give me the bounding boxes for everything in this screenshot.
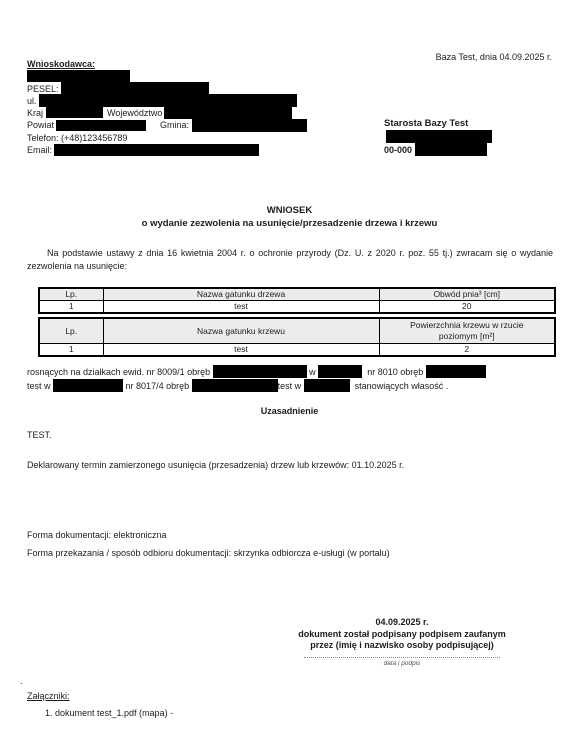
redaction-bar [192,379,278,392]
shrubs-header-area: Powierzchnia krzewu w rzucie poziomym [m… [379,318,555,344]
plots-text: w [309,367,316,377]
trees-table-header-row: Lp. Nazwa gatunku drzewa Obwód pnia³ [cm… [39,288,555,301]
trees-row-species: test [103,301,379,314]
plots-text: test w [27,381,51,391]
trees-row-girth: 20 [379,301,555,314]
shrubs-table-header-row: Lp. Nazwa gatunku krzewu Powierzchnia kr… [39,318,555,344]
documentation-delivery-line: Forma przekazania / sposób odbioru dokum… [27,548,552,558]
intro-paragraph: Na podstawie ustawy z dnia 16 kwietnia 2… [27,247,553,273]
plots-text: nr 8010 obręb [367,367,423,377]
shrubs-row-lp: 1 [39,344,103,357]
email-label: Email: [27,145,52,155]
plots-text: rosnących na działkach ewid. nr 8009/1 o… [27,367,210,377]
street-label: ul. [27,96,37,106]
redaction-bar [426,365,486,378]
attachment-item: 1. dokument test_1.pdf (mapa) - [45,708,173,718]
applicant-block: Wnioskodawca: PESEL: ul. KrajWojewództwo… [27,58,357,156]
trees-header-girth: Obwód pnia³ [cm] [379,288,555,301]
voivodeship-label: Województwo [107,108,162,118]
redaction-bar [304,379,350,392]
redaction-bar [415,143,487,156]
trees-row-lp: 1 [39,301,103,314]
shrubs-header-species: Nazwa gatunku krzewu [103,318,379,344]
pesel-label: PESEL: [27,84,59,94]
redaction-bar [56,120,146,131]
document-title: WNIOSEK o wydanie zezwolenia na usunięci… [27,204,552,230]
redaction-bar [54,144,259,156]
signature-block: 04.09.2025 r. dokument został podpisany … [243,617,561,668]
plots-paragraph: rosnących na działkach ewid. nr 8009/1 o… [27,366,555,393]
redaction-bar [39,94,297,107]
redaction-bar [53,379,123,392]
redaction-bar [46,107,103,118]
shrubs-row-area: 2 [379,344,555,357]
redaction-bar [27,70,130,82]
county-label: Powiat [27,120,54,130]
trees-table-row: 1 test 20 [39,301,555,314]
documentation-form-line: Forma dokumentacji: elektroniczna [27,530,552,540]
country-label: Kraj [27,108,43,118]
shrubs-table: Lp. Nazwa gatunku krzewu Powierzchnia kr… [38,317,556,357]
title-line-2: o wydanie zezwolenia na usunięcie/przesa… [27,217,552,230]
trees-header-species: Nazwa gatunku drzewa [103,288,379,301]
trees-table: Lp. Nazwa gatunku drzewa Obwód pnia³ [cm… [38,287,556,314]
phone-line: Telefon: (+48)123456789 [27,132,357,144]
signature-caption: data i podpis [243,660,561,668]
justification-heading: Uzasadnienie [27,406,552,416]
redaction-bar [213,365,307,378]
shrubs-table-row: 1 test 2 [39,344,555,357]
redaction-bar [61,82,209,94]
redaction-bar [318,365,362,378]
redaction-bar [164,106,292,119]
signature-line-3: przez (imię i nazwisko osoby podpisujące… [243,640,561,652]
addressee-block: Starosta Bazy Test 00-000 [384,117,554,157]
attachments-heading: Załączniki: [27,691,70,701]
plots-line-1: rosnących na działkach ewid. nr 8009/1 o… [27,366,555,380]
justification-body: TEST. [27,430,552,440]
redaction-bar [192,119,307,132]
signature-line-2: dokument został podpisany podpisem zaufa… [243,629,561,641]
plots-text: nr 8017/4 obręb [126,381,190,391]
signature-dotted-line [304,657,500,658]
plots-line-2: test w nr 8017/4 obręb test w stanowiący… [27,380,555,394]
trees-header-lp: Lp. [39,288,103,301]
shrubs-header-lp: Lp. [39,318,103,344]
applicant-heading: Wnioskodawca: [27,58,357,70]
shrubs-row-species: test [103,344,379,357]
stray-period: . [20,676,23,686]
plots-text: stanowiących własość . [355,381,449,391]
signature-date: 04.09.2025 r. [243,617,561,629]
deadline-line: Deklarowany termin zamierzonego usunięci… [27,460,552,470]
commune-label: Gmina: [160,120,189,130]
postal-code-prefix: 00-000 [384,145,412,155]
document-page: Baza Test, dnia 04.09.2025 r. Wnioskodaw… [0,0,579,732]
plots-text: test w [278,381,302,391]
title-line-1: WNIOSEK [27,204,552,217]
